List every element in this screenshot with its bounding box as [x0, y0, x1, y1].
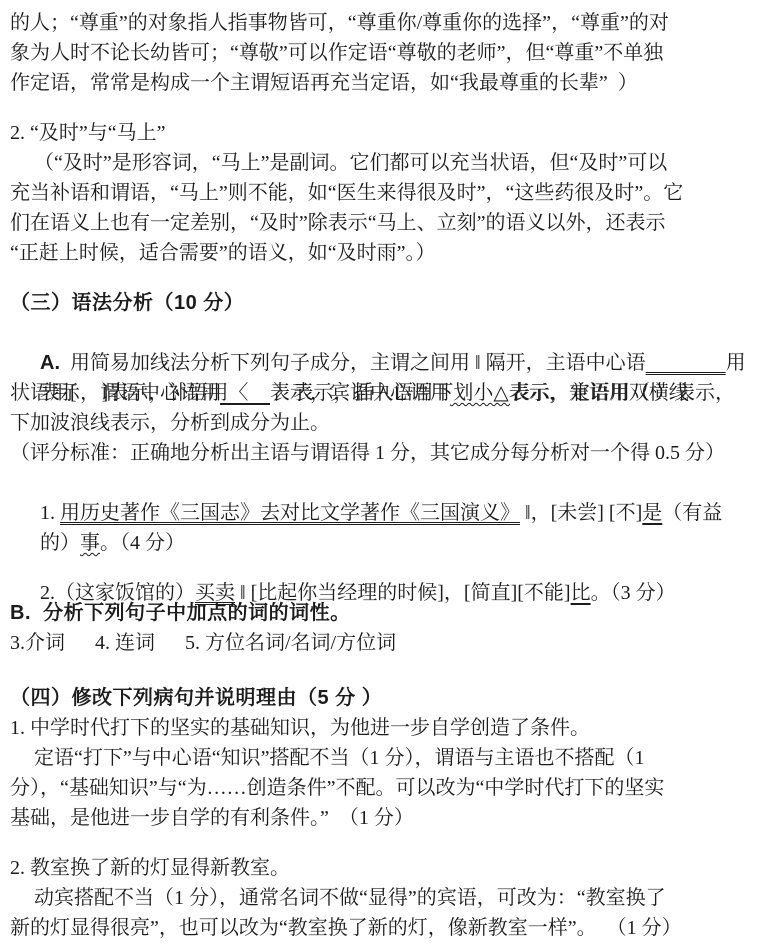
score-text: 。（4 分）	[100, 532, 185, 554]
section-4-heading: （四）修改下列病句并说明理由（5 分 ）	[10, 683, 775, 713]
blank-double-underline	[646, 352, 726, 374]
score-text: 。（3 分）	[591, 582, 676, 604]
instruction-text: 用简易加线法分析下列句子成分，主谓之间用 ‖ 隔开，主语中心语	[60, 352, 646, 374]
question-2-title: 2. “及时”与“马上”	[10, 118, 775, 148]
text-line: “正赶上时候，适合需要”的语义，如“及时雨”。）	[10, 238, 775, 268]
text-line: 定语“打下”与中心语“知识”搭配不当（1 分），谓语与主语也不搭配（1	[10, 743, 775, 773]
question-2-jishi-mashang: 2. “及时”与“马上” （“及时”是形容词，“马上”是副词。它们都可以充当状语…	[10, 118, 775, 268]
blank-line	[10, 98, 775, 118]
paragraph-respect-note: 的人；“尊重”的对象指人指事物皆可，“尊重你/尊重你的选择”，“尊重”的对 象为…	[10, 8, 775, 98]
item-number: 1.	[40, 502, 60, 524]
section-3-grammar-analysis: （三）语法分析（10 分） A. 用简易加线法分析下列句子成分，主谓之间用 ‖ …	[10, 288, 775, 578]
text-line: 的人；“尊重”的对象指人指事物皆可，“尊重你/尊重你的选择”，“尊重”的对	[10, 8, 775, 38]
text-line: 基础，是他进一步自学的有利条件。” （1 分）	[10, 803, 775, 833]
text-line: 们在语义上也有一定差别，“及时”除表示“马上、立刻”的语义以外，还表示	[10, 208, 775, 238]
text-line: 动宾搭配不当（1 分），通常名词不做“显得”的宾语，可改为：“教室换了	[10, 883, 775, 913]
text-line: 新的灯显得很亮”，也可以改为“教室换了新的灯，像新教室一样”。 （1 分）	[10, 913, 775, 943]
part-b-answers: 3.介词 4. 连词 5. 方位名词/名词/方位词	[10, 628, 775, 658]
correction-item-1: 1. 中学时代打下的坚实的基础知识，为他进一步自学创造了条件。 定语“打下”与中…	[10, 713, 775, 833]
predicate-underlined: 是	[642, 502, 662, 524]
text-line: （“及时”是形容词，“马上”是副词。它们都可以充当状语，但“及时”可以	[10, 148, 775, 178]
analysis-item-1-line-1: 1. 用历史著作《三国志》去对比文学著作《三国演义》 ‖，[未尝] [不]是（有…	[10, 468, 775, 498]
correction-item-2-sentence: 2. 教室换了新的灯显得新教室。	[10, 853, 775, 883]
text-line: 充当补语和谓语，“马上”则不能，如“医生来得很及时”，“这些药很及时”。它	[10, 178, 775, 208]
sentence-text: （有益	[662, 502, 722, 524]
document-page: 的人；“尊重”的对象指人指事物皆可，“尊重你/尊重你的选择”，“尊重”的对 象为…	[0, 0, 781, 943]
part-a-instructions-line-1: A. 用简易加线法分析下列句子成分，主谓之间用 ‖ 隔开，主语中心语 用	[10, 318, 775, 348]
instruction-text: 用	[726, 352, 746, 374]
part-a-instructions-line-3: 状语用[ ]表示，补语用〈 〉表示，插入语用下划小△表示，兼语用双横线	[10, 378, 775, 408]
object-wavy-underlined: 事	[80, 532, 100, 554]
blank-line	[10, 268, 775, 288]
predicate-underlined: 比	[571, 582, 591, 604]
section-4-sentence-correction: （四）修改下列病句并说明理由（5 分 ） 1. 中学时代打下的坚实的基础知识，为…	[10, 683, 775, 943]
blank-line	[10, 658, 775, 683]
part-a-instructions-line-4: 下加波浪线表示，分析到成分为止。	[10, 408, 775, 438]
part-a-label: A.	[40, 352, 60, 374]
sentence-text: 的）	[40, 532, 80, 554]
subject-double-underlined: 用历史著作《三国志》去对比文学著作《三国演义》	[60, 502, 520, 524]
text-line: 象为人时不论长幼皆可；“尊敬”可以作定语“尊敬的老师”，但“尊重”不单独	[10, 38, 775, 68]
text-line: 分），“基础知识”与“为……创造条件”不配。可以改为“中学时代打下的坚实	[10, 773, 775, 803]
sentence-text: ‖，[未尝] [不]	[520, 502, 642, 524]
blank-line	[10, 833, 775, 853]
section-3-heading: （三）语法分析（10 分）	[10, 288, 775, 318]
correction-item-1-sentence: 1. 中学时代打下的坚实的基础知识，为他进一步自学创造了条件。	[10, 713, 775, 743]
correction-item-2: 2. 教室换了新的灯显得新教室。 动宾搭配不当（1 分），通常名词不做“显得”的…	[10, 853, 775, 943]
text-line: 作定语，常常是构成一个主谓短语再充当定语，如“我最尊重的长辈” ）	[10, 68, 775, 98]
part-a-scoring-note: （评分标准：正确地分析出主语与谓语得 1 分，其它成分每分析对一个得 0.5 分…	[10, 438, 775, 468]
